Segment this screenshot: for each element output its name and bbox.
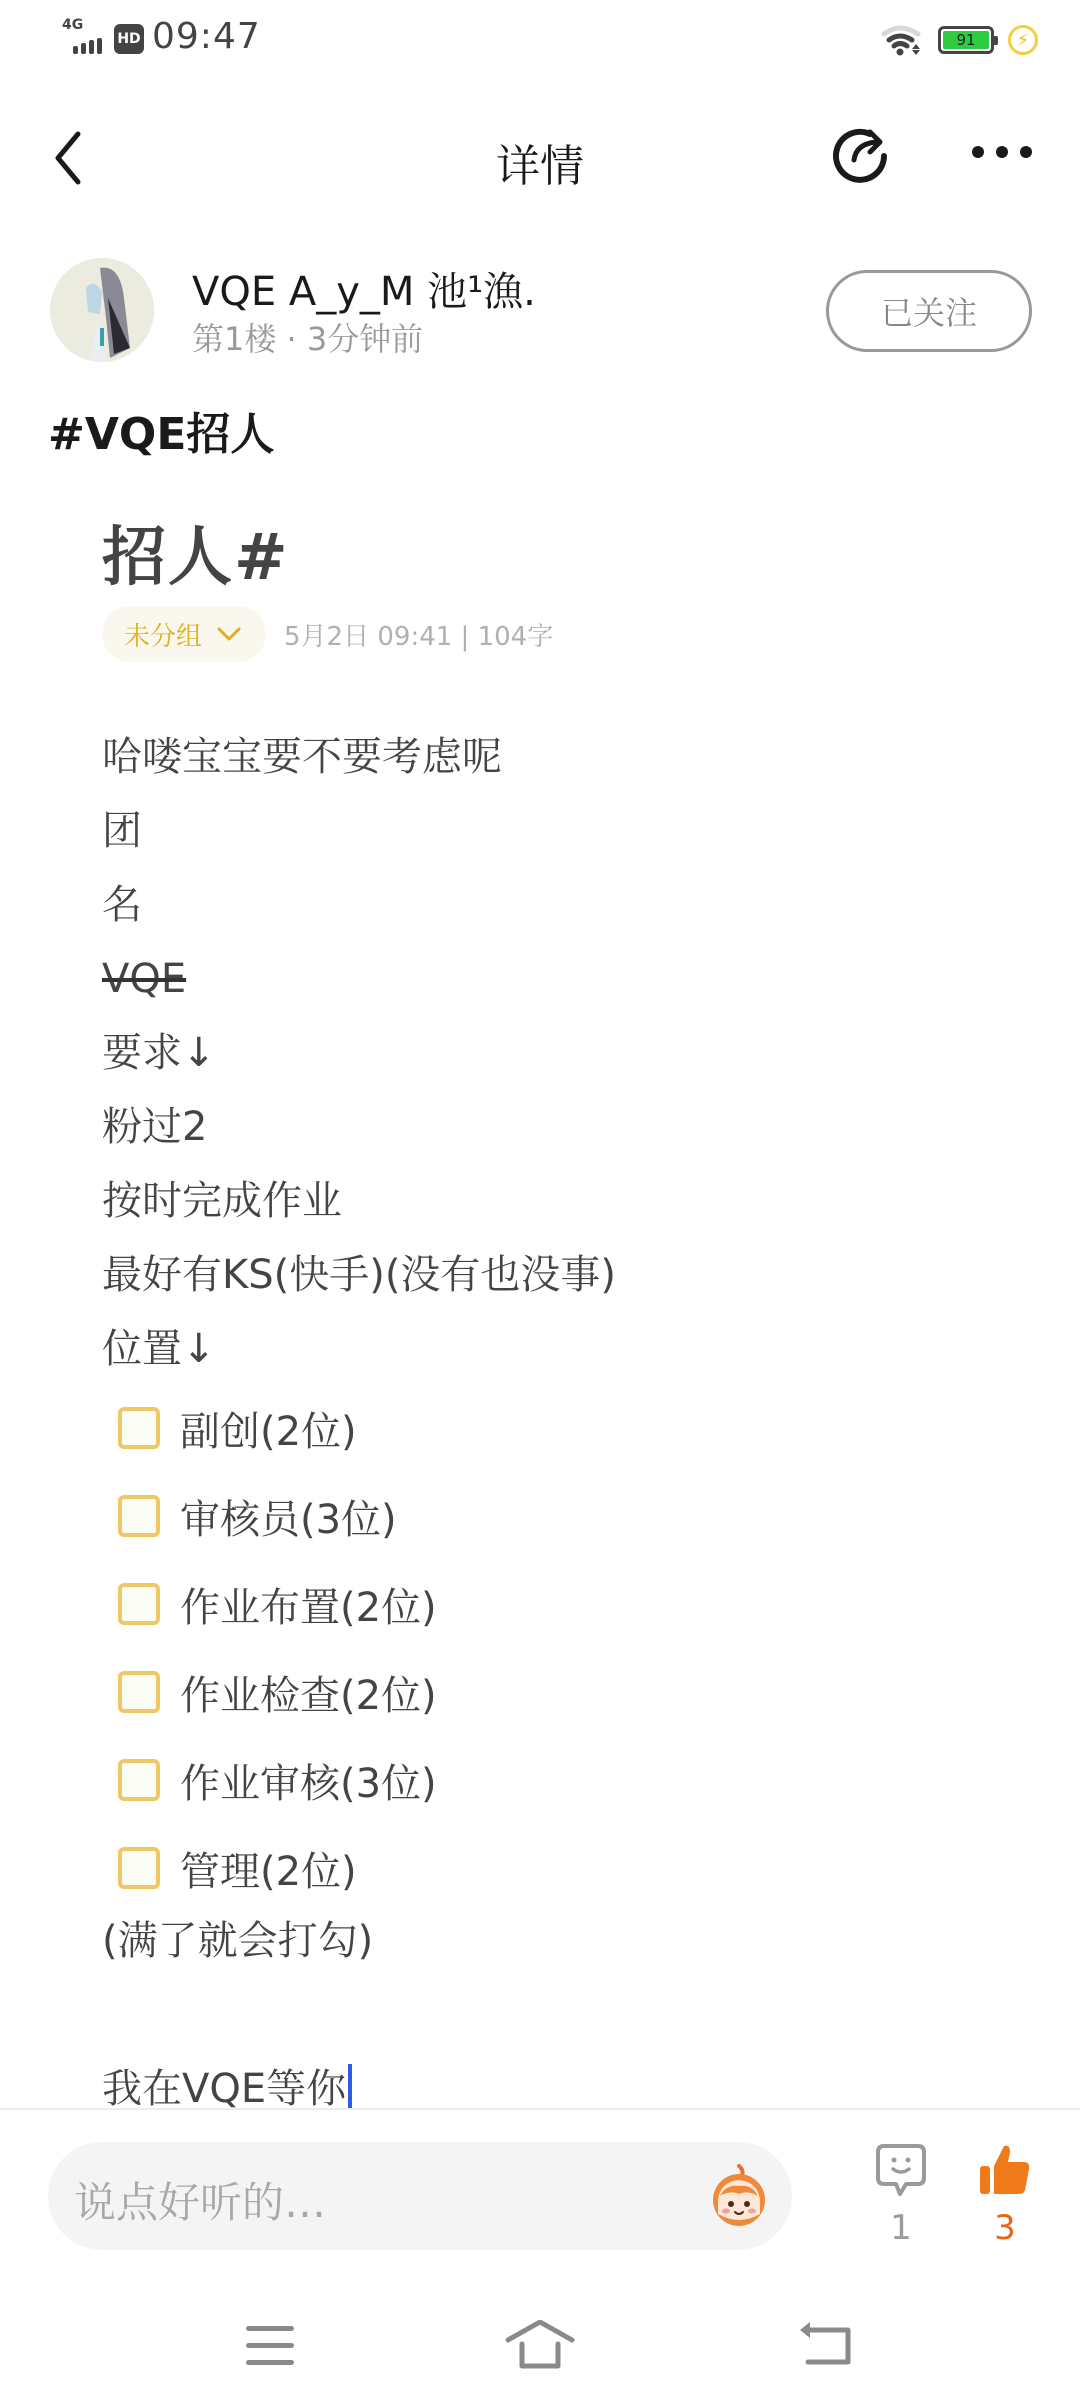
- wifi-icon: [880, 24, 924, 56]
- group-label: 未分组: [124, 616, 202, 653]
- checkbox-icon[interactable]: [118, 1847, 160, 1889]
- top-nav-bar: 详情: [0, 100, 1080, 210]
- thumbs-up-icon: [978, 2142, 1032, 2198]
- note-meta: 未分组 5月2日 09:41 | 104字: [102, 606, 553, 662]
- checkbox-icon[interactable]: [118, 1495, 160, 1537]
- note-date-wordcount: 5月2日 09:41 | 104字: [284, 616, 553, 653]
- battery-icon: 91: [938, 26, 994, 54]
- comment-count: 1: [890, 2208, 912, 2248]
- follow-button[interactable]: 已关注: [826, 270, 1032, 352]
- like-button[interactable]: 3: [972, 2142, 1038, 2262]
- checkbox-icon[interactable]: [118, 1583, 160, 1625]
- body-line-strikethrough: VQE: [102, 942, 616, 1016]
- author-name[interactable]: VQE A_y_M 池¹漁.: [192, 260, 536, 317]
- status-time: 09:47: [152, 18, 261, 56]
- chevron-down-icon: [216, 626, 242, 642]
- checkbox-icon[interactable]: [118, 1407, 160, 1449]
- comment-placeholder: 说点好听的…: [74, 2170, 326, 2230]
- checklist-label: 审核员(3位): [180, 1488, 397, 1545]
- body-line: 哈喽宝宝要不要考虑呢: [102, 720, 616, 794]
- body-line: (满了就会打勾): [102, 1904, 373, 1978]
- charging-icon: ⚡: [1008, 25, 1038, 55]
- home-icon[interactable]: [504, 2320, 576, 2372]
- battery-level: 91: [943, 31, 989, 49]
- blank-line: [102, 1978, 373, 2052]
- checklist-item: 作业审核(3位): [118, 1736, 437, 1824]
- body-line-text: 我在VQE等你: [102, 2066, 346, 2112]
- back-nav-icon[interactable]: [796, 2320, 856, 2372]
- body-line: 最好有KS(快手)(没有也没事): [102, 1238, 616, 1312]
- like-count: 3: [994, 2208, 1016, 2248]
- checklist-item: 管理(2位): [118, 1824, 437, 1912]
- post-topic-tag[interactable]: #VQE招人: [48, 398, 274, 462]
- checklist-label: 管理(2位): [180, 1840, 357, 1897]
- note-body: 哈喽宝宝要不要考虑呢 团 名 VQE 要求↓ 粉过2 按时完成作业 最好有KS(…: [102, 720, 616, 1386]
- hd-badge-icon: HD: [114, 24, 144, 54]
- cellular-signal-icon: 4G: [62, 18, 106, 56]
- menu-icon[interactable]: [240, 2320, 300, 2372]
- checklist-item: 作业检查(2位): [118, 1648, 437, 1736]
- body-line: 按时完成作业: [102, 1164, 616, 1238]
- checklist-label: 作业审核(3位): [180, 1752, 437, 1809]
- page-title: 详情: [0, 130, 1080, 194]
- comment-input[interactable]: 说点好听的…: [48, 2142, 792, 2250]
- position-checklist: 副创(2位) 审核员(3位) 作业布置(2位) 作业检查(2位) 作业审核(3位…: [118, 1384, 437, 1912]
- comment-bar: 说点好听的… 1 3: [0, 2110, 1080, 2270]
- more-options-icon[interactable]: [972, 138, 1040, 166]
- author-row: VQE A_y_M 池¹漁. 第1楼 · 3分钟前 已关注: [0, 252, 1080, 372]
- group-selector[interactable]: 未分组: [102, 606, 266, 662]
- body-line: 粉过2: [102, 1090, 616, 1164]
- note-title: 招人#: [102, 506, 290, 598]
- share-icon[interactable]: [830, 122, 894, 186]
- text-cursor: [348, 2064, 352, 2108]
- status-bar: 4G HD 09:47 91 ⚡: [0, 0, 1080, 84]
- body-line: 团: [102, 794, 616, 868]
- checklist-item: 作业布置(2位): [118, 1560, 437, 1648]
- emoji-sticker-icon[interactable]: [706, 2164, 772, 2230]
- body-line: 名: [102, 868, 616, 942]
- body-line: 位置↓: [102, 1312, 616, 1386]
- avatar-illustration-icon: [50, 258, 154, 362]
- checkbox-icon[interactable]: [118, 1671, 160, 1713]
- checklist-label: 副创(2位): [180, 1400, 357, 1457]
- network-type: 4G: [62, 18, 83, 32]
- checklist-label: 作业布置(2位): [180, 1576, 437, 1633]
- comment-button[interactable]: 1: [868, 2142, 934, 2262]
- comment-bubble-icon: [874, 2142, 928, 2198]
- post-floor-and-time: 第1楼 · 3分钟前: [192, 314, 423, 360]
- checkbox-icon[interactable]: [118, 1759, 160, 1801]
- checklist-item: 副创(2位): [118, 1384, 437, 1472]
- checklist-item: 审核员(3位): [118, 1472, 437, 1560]
- system-navigation-bar: [0, 2280, 1080, 2408]
- checklist-label: 作业检查(2位): [180, 1664, 437, 1721]
- note-body-tail: (满了就会打勾) 我在VQE等你: [102, 1904, 373, 2126]
- body-line: 要求↓: [102, 1016, 616, 1090]
- author-avatar[interactable]: [50, 258, 154, 362]
